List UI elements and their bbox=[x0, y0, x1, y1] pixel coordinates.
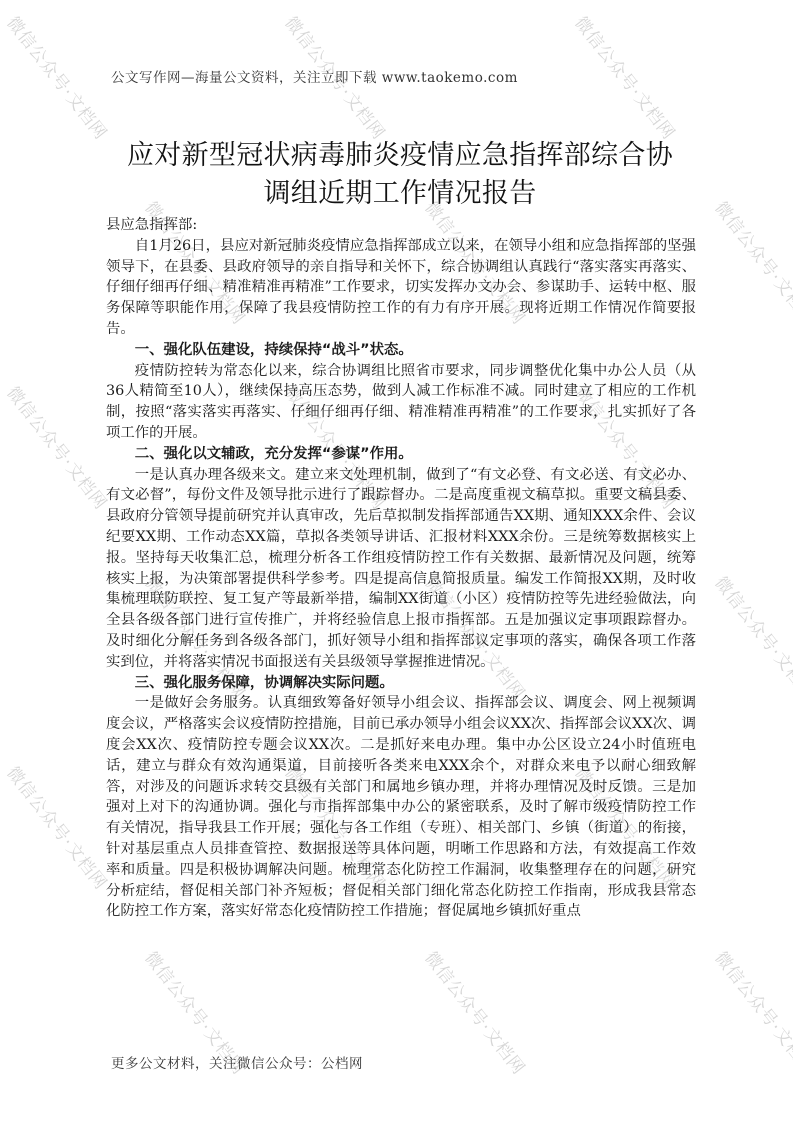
document-body: 县应急指挥部: 自1月26日，县应对新冠肺炎疫情应急指挥部成立以来，在领导小组和… bbox=[106, 215, 696, 922]
intro-paragraph: 自1月26日，县应对新冠肺炎疫情应急指挥部成立以来，在领导小组和应急指挥部的坚强… bbox=[106, 236, 696, 340]
document-title: 应对新型冠状病毒肺炎疫情应急指挥部综合协 调组近期工作情况报告 bbox=[100, 137, 700, 213]
document-page: 公文写作网—海量公文资料，关注立即下载 www.taokemo.com 应对新型… bbox=[0, 0, 793, 1122]
section-heading-2: 二、强化以文辅政，充分发挥“参谋”作用。 bbox=[106, 444, 696, 465]
section-body-3: 一是做好会务服务。认真细致筹备好领导小组会议、指挥部会议、调度会、网上视频调度会… bbox=[106, 693, 696, 922]
title-line-1: 应对新型冠状病毒肺炎疫情应急指挥部综合协 bbox=[127, 140, 673, 171]
title-line-2: 调组近期工作情况报告 bbox=[264, 178, 537, 209]
section-body-2: 一是认真办理各级来文。建立来文处理机制，做到了“有文必登、有文必送、有文必办、有… bbox=[106, 465, 696, 673]
section-body-1: 疫情防控转为常态化以来，综合协调组比照省市要求，同步调整优化集中办公人员（从36… bbox=[106, 361, 696, 444]
section-heading-1: 一、强化队伍建设，持续保持“战斗”状态。 bbox=[106, 340, 696, 361]
page-footer: 更多公文材料，关注微信公众号：公档网 bbox=[111, 1052, 363, 1072]
page-header: 公文写作网—海量公文资料，关注立即下载 www.taokemo.com bbox=[111, 66, 518, 86]
salutation: 县应急指挥部: bbox=[106, 215, 696, 236]
section-heading-3: 三、强化服务保障，协调解决实际问题。 bbox=[106, 673, 696, 694]
